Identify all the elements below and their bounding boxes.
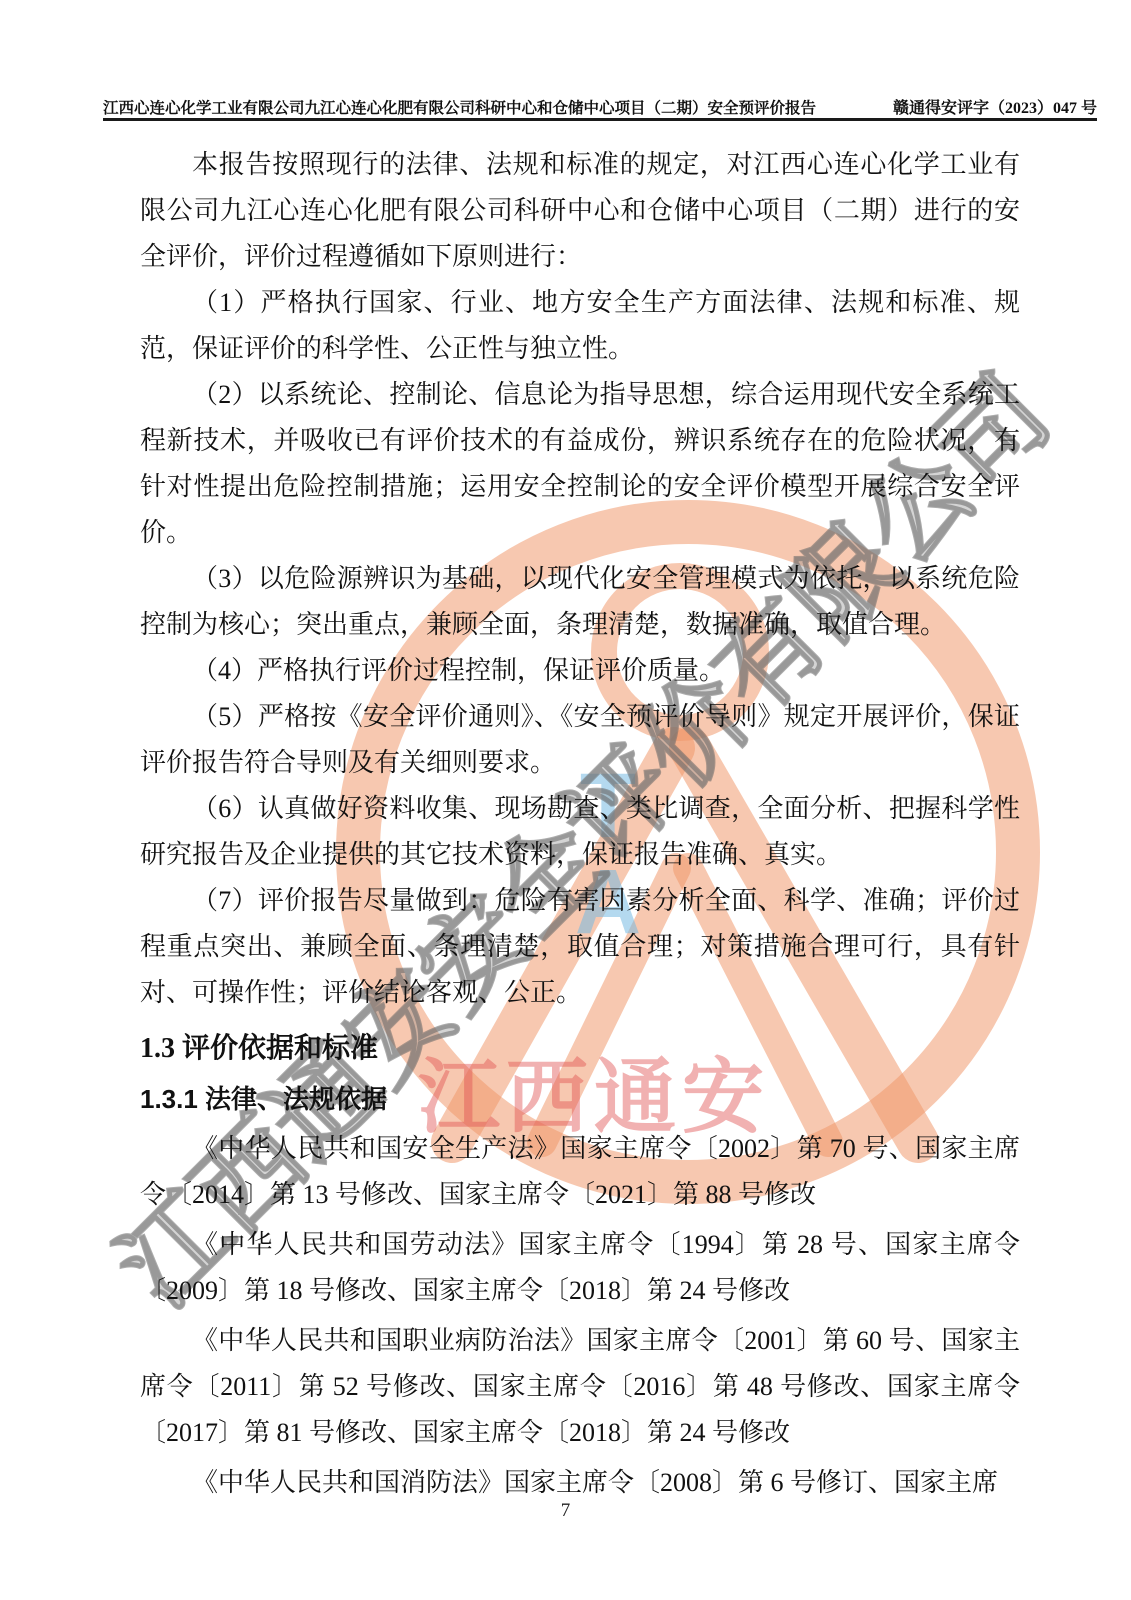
header-report-title: 江西心连心化学工业有限公司九江心连心化肥有限公司科研中心和仓储中心项目（二期）安… — [103, 96, 816, 118]
law-item: 《中华人民共和国劳动法》国家主席令〔1994〕第 28 号、国家主席令〔2009… — [140, 1222, 1020, 1314]
report-paragraph: （4）严格执行评价过程控制，保证评价质量。 — [140, 648, 1020, 694]
header-document-number: 赣通得安评字（2023）047 号 — [893, 95, 1097, 118]
report-paragraph: （3）以危险源辨识为基础，以现代化安全管理模式为依托，以系统危险控制为核心；突出… — [140, 556, 1020, 648]
law-item: 《中华人民共和国职业病防治法》国家主席令〔2001〕第 60 号、国家主席令〔2… — [140, 1318, 1020, 1456]
page-header: 江西心连心化学工业有限公司九江心连心化肥有限公司科研中心和仓储中心项目（二期）安… — [103, 92, 1097, 121]
report-paragraph: （7）评价报告尽量做到：危险有害因素分析全面、科学、准确；评价过程重点突出、兼顾… — [140, 878, 1020, 1016]
report-paragraph: （5）严格按《安全评价通则》、《安全预评价导则》规定开展评价，保证评价报告符合导… — [140, 694, 1020, 786]
section-heading-1-3: 1.3 评价依据和标准 — [140, 1026, 1020, 1072]
page-number: 7 — [0, 1500, 1131, 1522]
report-paragraph: （2）以系统论、控制论、信息论为指导思想，综合运用现代安全系统工程新技术，并吸收… — [140, 372, 1020, 556]
report-paragraph: 本报告按照现行的法律、法规和标准的规定，对江西心连心化学工业有限公司九江心连心化… — [140, 142, 1020, 280]
report-paragraph: （1）严格执行国家、行业、地方安全生产方面法律、法规和标准、规范，保证评价的科学… — [140, 280, 1020, 372]
report-paragraph: （6）认真做好资料收集、现场勘查、类比调查，全面分析、把握科学性研究报告及企业提… — [140, 786, 1020, 878]
section-heading-1-3-1: 1.3.1 法律、法规依据 — [140, 1076, 1020, 1122]
law-item: 《中华人民共和国安全生产法》国家主席令〔2002〕第 70 号、国家主席令〔20… — [140, 1126, 1020, 1218]
document-page: 江西心连心化学工业有限公司九江心连心化肥有限公司科研中心和仓储中心项目（二期）安… — [0, 0, 1131, 1600]
document-body: 本报告按照现行的法律、法规和标准的规定，对江西心连心化学工业有限公司九江心连心化… — [140, 142, 1020, 1506]
